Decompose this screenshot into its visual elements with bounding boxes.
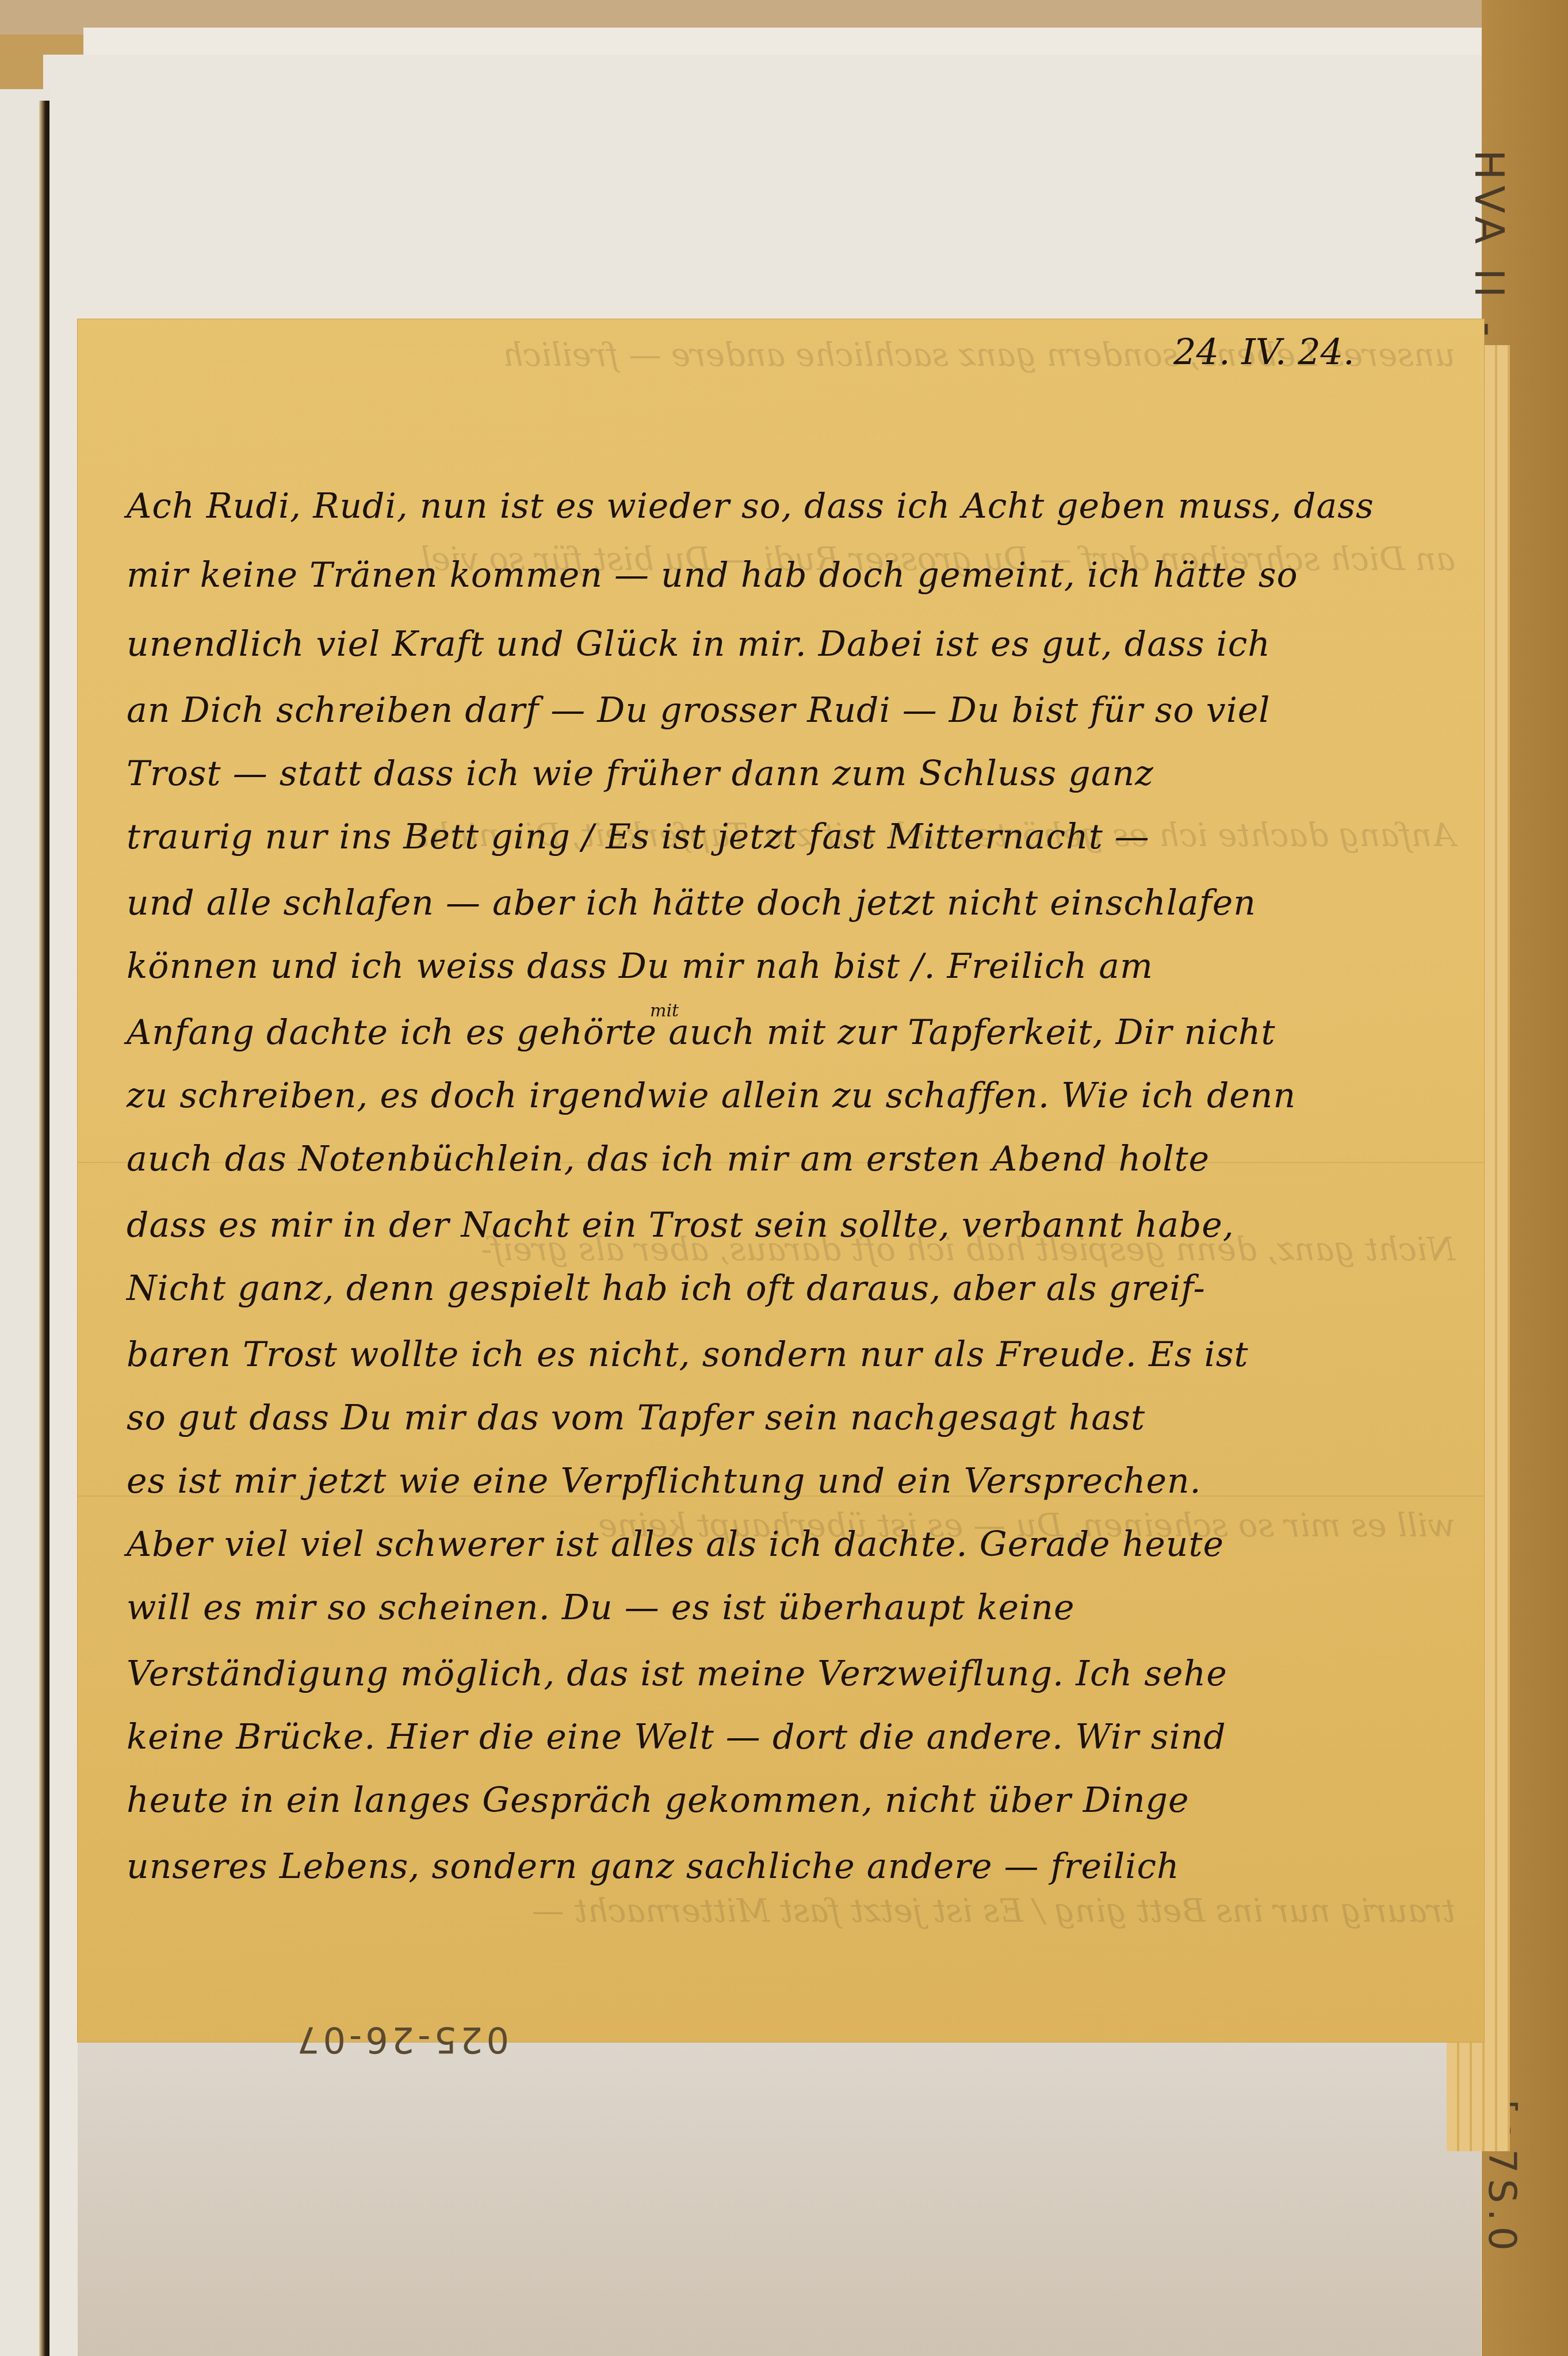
letter-line: will es mir so scheinen. Du — es ist übe… [127, 1588, 1484, 1628]
letter-date: 24. IV. 24. [1173, 331, 1355, 373]
white-paper-stack-bottom [78, 2042, 1481, 2356]
archive-reference-number: 025-26-07 [293, 2019, 509, 2061]
letter-line: Aber viel viel schwerer ist alles als ic… [127, 1524, 1484, 1565]
letter-line: Trost — statt dass ich wie früher dann z… [127, 754, 1484, 794]
letter-line: an Dich schreiben darf — Du grosser Rudi… [127, 690, 1484, 730]
left-sheet-edge-shadow [39, 101, 49, 2356]
letter-line: traurig nur ins Bett ging / Es ist jetzt… [127, 817, 1484, 857]
letter-line: Anfang dachte ich es gehörte auch mit zu… [127, 1012, 1484, 1053]
letter-line: unseres Lebens, sondern ganz sachliche a… [127, 1846, 1484, 1887]
letter-line: es ist mir jetzt wie eine Verpflichtung … [127, 1461, 1484, 1501]
letter-line: keine Brücke. Hier die eine Welt — dort … [127, 1717, 1484, 1757]
letter-line: mir keine Tränen kommen — und hab doch g… [127, 555, 1484, 595]
bleed-through-text: traurig nur ins Bett ging / Es ist jetzt… [132, 1892, 1455, 1930]
interlinear-insertion: mit [650, 1001, 679, 1021]
letter-line: Verständigung möglich, das ist meine Ver… [127, 1654, 1484, 1694]
letter-line: auch das Notenbüchlein, das ich mir am e… [127, 1139, 1484, 1179]
letter-line: so gut dass Du mir das vom Tapfer sein n… [127, 1398, 1484, 1438]
letter-line: dass es mir in der Nacht ein Trost sein … [127, 1205, 1484, 1245]
letter-line: können und ich weiss dass Du mir nah bis… [127, 946, 1484, 986]
letter-line: Ach Rudi, Rudi, nun ist es wieder so, da… [127, 486, 1484, 526]
letter-line: zu schreiben, es doch irgendwie allein z… [127, 1076, 1484, 1116]
letter-line: und alle schlafen — aber ich hätte doch … [127, 883, 1484, 923]
letter-line: unendlich viel Kraft und Glück in mir. D… [127, 624, 1484, 664]
letter-line: heute in ein langes Gespräch gekommen, n… [127, 1780, 1484, 1820]
letter-line: Nicht ganz, denn gespielt hab ich oft da… [127, 1268, 1484, 1309]
letter-line: baren Trost wollte ich es nicht, sondern… [127, 1334, 1484, 1375]
